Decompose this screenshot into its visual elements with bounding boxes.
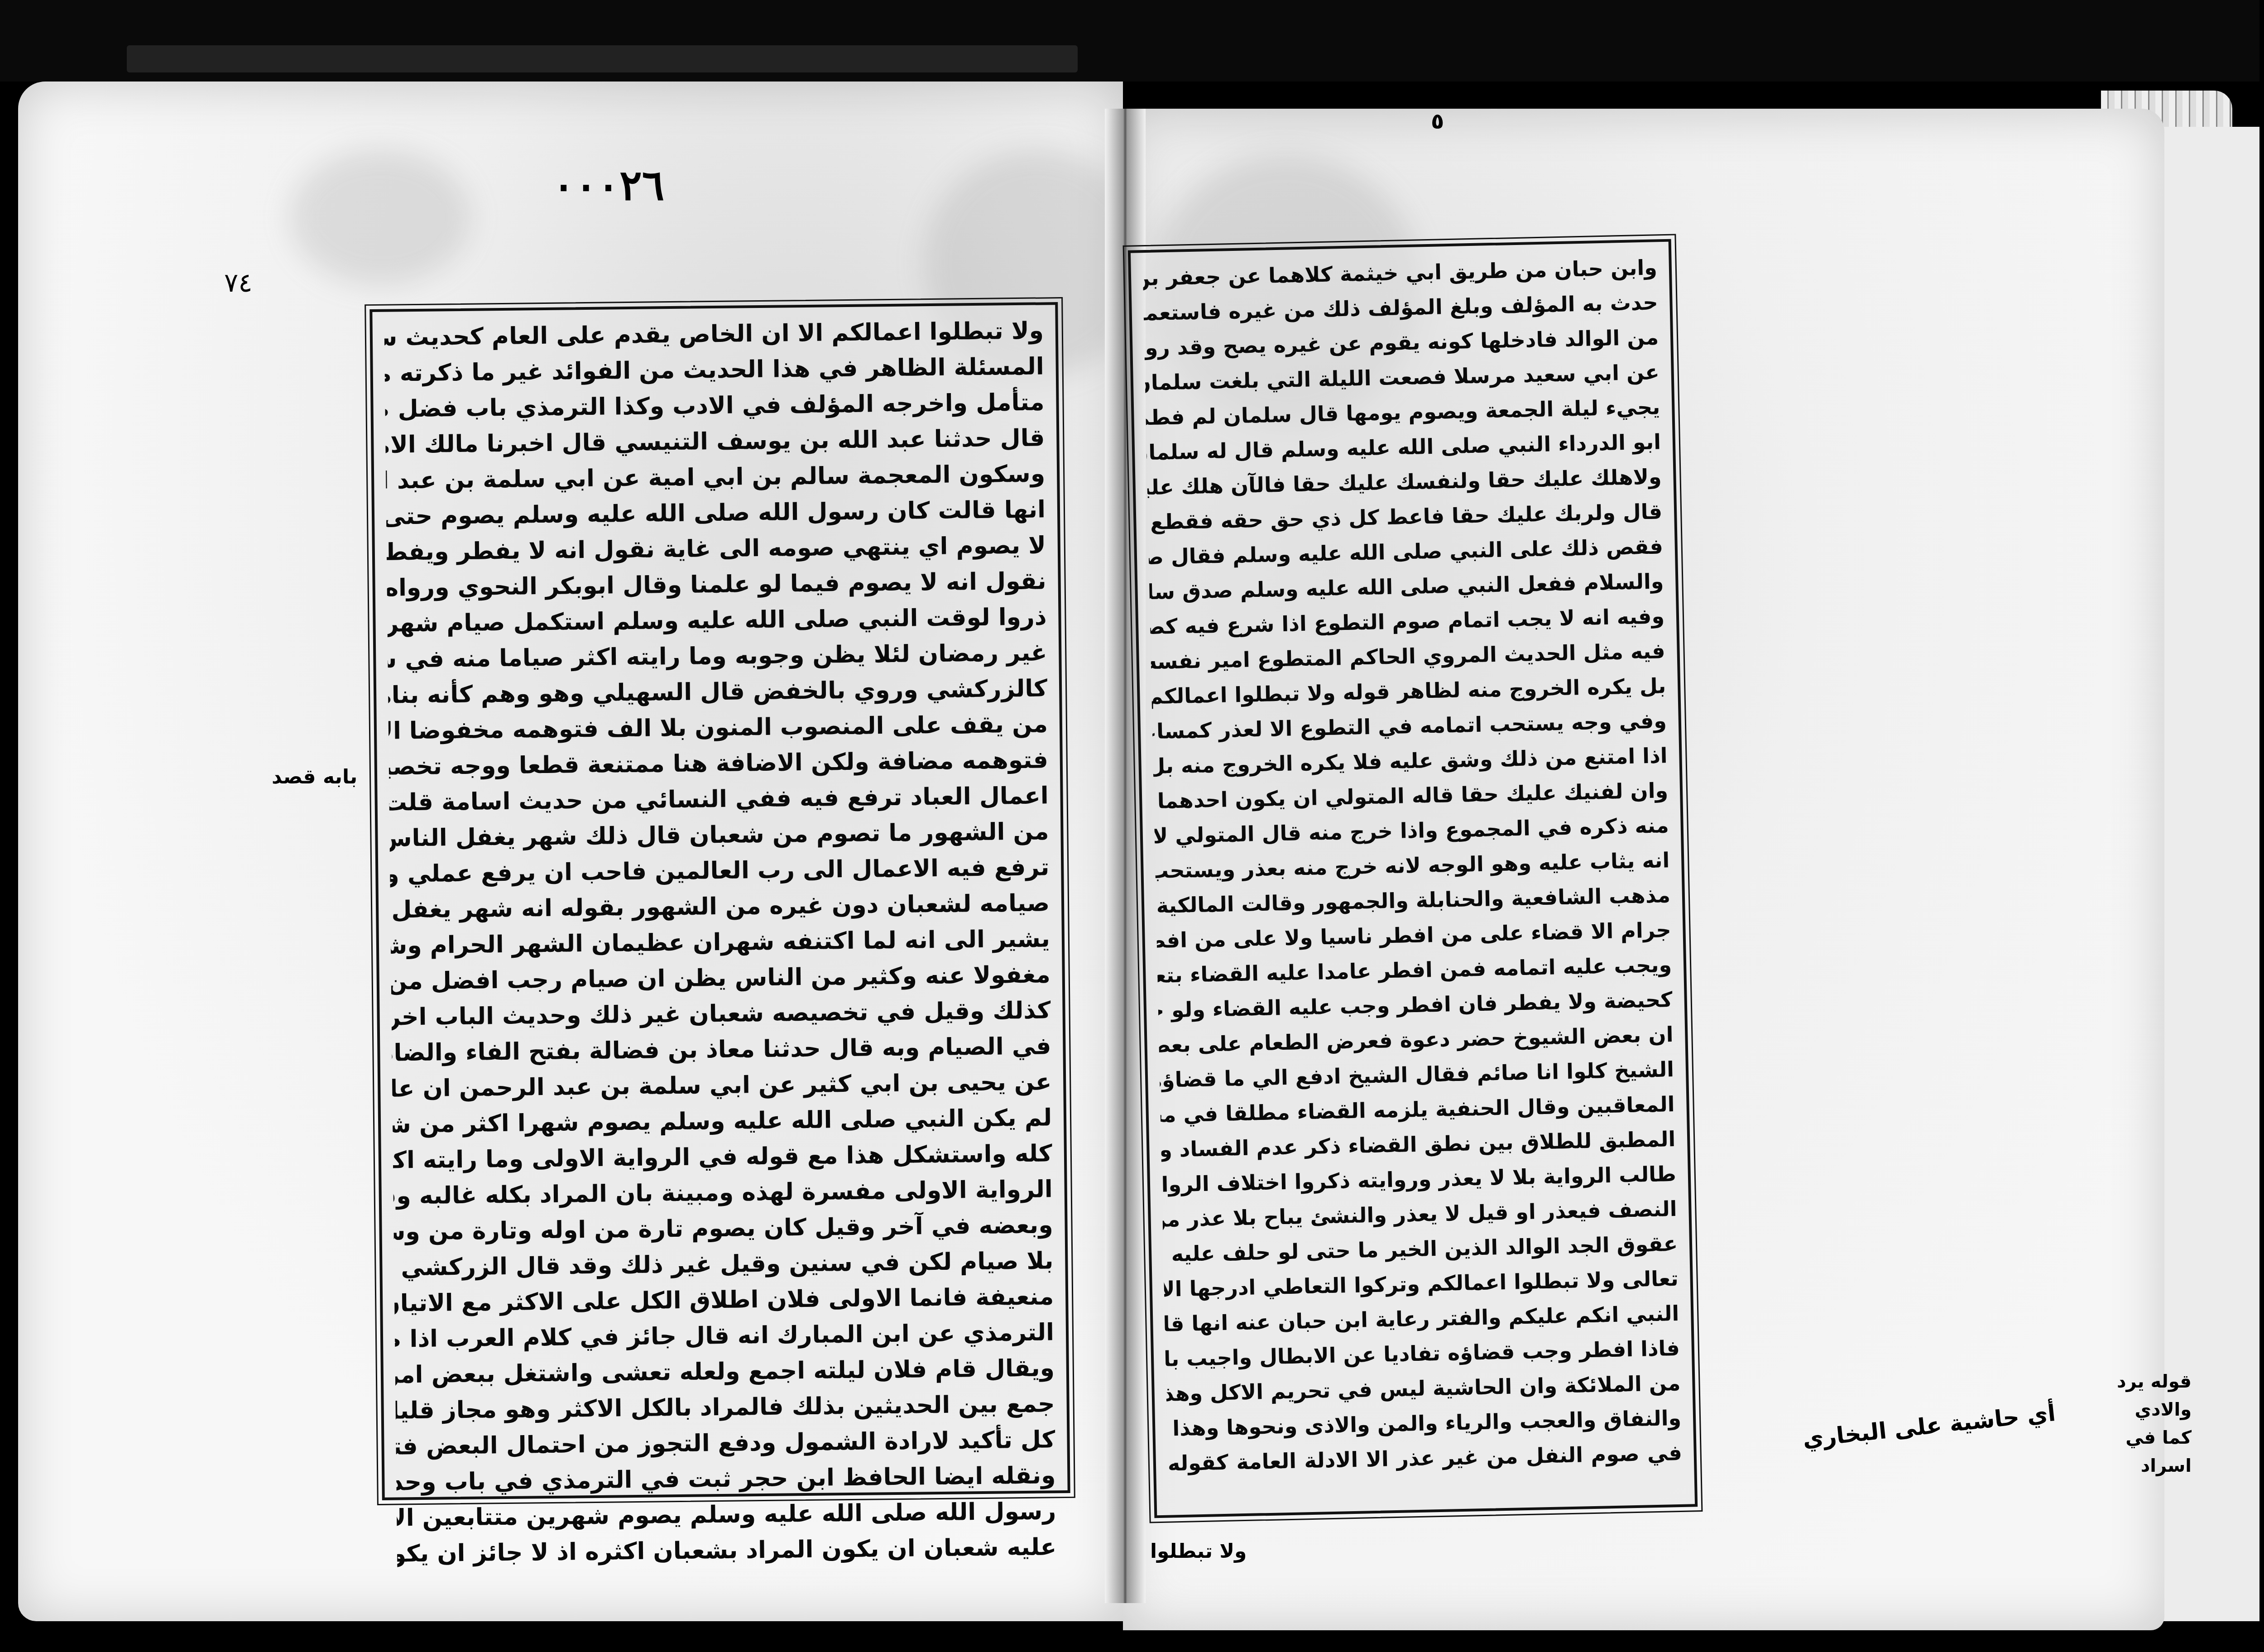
text-line: عليه شعبان ان يكون المراد بشعبان اكثره ا…	[397, 1529, 1057, 1572]
text-line: ويقال قام فلان ليلته اجمع ولعله تعشى واش…	[395, 1350, 1055, 1393]
right-text-block: وابن حبان من طريق ابي خيثمة كلاهما عن جع…	[1128, 239, 1698, 1518]
text-line: كله واستشكل هذا مع قوله في الرواية الاول…	[393, 1136, 1053, 1178]
text-line: يشير الى انه لما اكتنفه شهران عظيمان الش…	[391, 921, 1050, 964]
text-line: فتوهمه مضافة ولكن الاضافة هنا ممتنعة قطع…	[389, 742, 1048, 785]
text-line: قال حدثنا عبد الله بن يوسف التنيسي قال ا…	[385, 420, 1045, 463]
text-line: انها قالت كان رسول الله صلى الله عليه وس…	[386, 492, 1046, 534]
text-line: ونقله ايضا الحافظ ابن حجر ثبت في الترمذي…	[396, 1458, 1056, 1500]
text-line: جمع بين الحديثين بذلك فالمراد بالكل الاك…	[395, 1386, 1055, 1429]
text-line: وسكون المعجمة سالم بن ابي امية عن ابي سل…	[386, 456, 1046, 499]
note-line: اسراد	[2137, 1452, 2192, 1480]
folio-stamp: ٠٠٠٢٦	[552, 161, 664, 210]
text-line: كل تأكيد لارادة الشمول ودفع التجوز من اح…	[396, 1422, 1055, 1465]
text-line: نقول انه لا يصوم فيما لو علمنا وقال ابوب…	[387, 563, 1046, 606]
text-line: كالزركشي وروي بالخفض قال السهيلي وهو وهم…	[388, 671, 1048, 713]
text-line: ترفع فيه الاعمال الى رب العالمين فاحب ان…	[390, 850, 1050, 892]
next-leaf-marginal-note: قوله يرد والادي كما في اسراد	[2137, 1368, 2192, 1480]
left-text-block: ولا تبطلوا اعمالكم الا ان الخاص يقدم على…	[369, 302, 1070, 1500]
text-line: ولا تبطلوا اعمالكم الا ان الخاص يقدم على…	[384, 313, 1044, 355]
text-line: الترمذي عن ابن المبارك انه قال جائز في ك…	[395, 1315, 1055, 1357]
text-line: الرواية الاولى مفسرة لهذه ومبينة بان الم…	[393, 1172, 1053, 1214]
text-line: لم يكن النبي صلى الله عليه وسلم يصوم شهر…	[393, 1100, 1052, 1143]
margin-note-left: بابه قصد	[272, 765, 357, 788]
text-line: اعمال العباد ترفع فيه ففي النسائي من حدي…	[389, 778, 1049, 821]
note-line: قوله يرد	[2137, 1368, 2192, 1396]
text-line: عن يحيى بن ابي كثير عن ابي سلمة بن عبد ا…	[392, 1064, 1052, 1107]
text-line: غير رمضان لئلا يظن وجوبه وما رايته اكثر …	[388, 635, 1047, 677]
text-line: متأمل واخرجه المؤلف في الادب وكذا الترمذ…	[385, 384, 1045, 427]
note-line: والادي	[2137, 1396, 2192, 1424]
note-line: كما في	[2137, 1424, 2192, 1452]
catchword: ولا تبطلوا	[1150, 1540, 1247, 1563]
text-line: من يقف على المنصوب المنون بلا الف فتوهمه…	[389, 706, 1048, 749]
folio-number: ٧٤	[224, 267, 252, 298]
text-line: المسئلة الظاهر في هذا الحديث من الفوائد …	[384, 349, 1044, 391]
text-line: لا يصوم اي ينتهي صومه الى غاية نقول انه …	[386, 528, 1046, 570]
text-line: مغفولا عنه وكثير من الناس يظن ان صيام رج…	[391, 957, 1050, 999]
text-line: صيامه لشعبان دون غيره من الشهور بقوله ان…	[390, 885, 1050, 928]
text-line: منعيفة فانما الاولى فلان اطلاق الكل على …	[394, 1279, 1054, 1321]
text-line: ذروا لوقت النبي صلى الله عليه وسلم استكم…	[387, 599, 1047, 642]
text-line: كذلك وقيل في تخصيصه شعبان غير ذلك وحديث …	[391, 993, 1051, 1035]
water-stain	[290, 149, 471, 285]
text-line: بلا صيام لكن في سنين وقيل غير ذلك وقد قا…	[394, 1243, 1054, 1286]
book-spine-band	[127, 45, 1078, 72]
text-line: من الشهور ما تصوم من شعبان قال ذلك شهر ي…	[389, 814, 1049, 856]
page-top-mark: ٥	[1431, 109, 1444, 134]
text-line: رسول الله صلى الله عليه وسلم يصوم شهرين …	[397, 1494, 1056, 1536]
scanner-edge-right	[2259, 0, 2264, 1652]
text-line: في الصيام وبه قال حدثنا معاذ بن فضالة بف…	[392, 1028, 1051, 1071]
text-line: وبعضه في آخر وقيل كان يصوم تارة من اوله …	[393, 1207, 1053, 1250]
